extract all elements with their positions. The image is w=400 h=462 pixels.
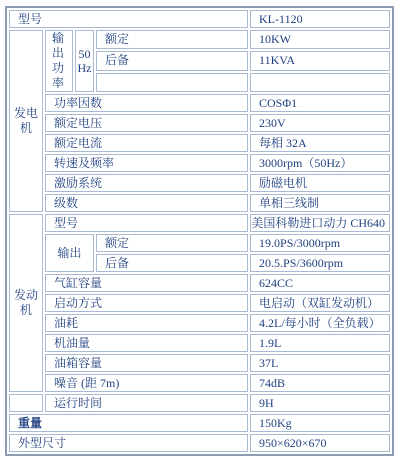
spec-value-cell: 电启动（双缸发动机） bbox=[250, 294, 390, 312]
spec-label-cell: 噪音 (距 7m) bbox=[45, 374, 248, 392]
generator-output-power-cell: 输出功率 bbox=[45, 30, 73, 92]
dimensions-label-cell: 外型尺寸 bbox=[9, 434, 248, 452]
spec-value-cell: 励磁电机 bbox=[250, 174, 390, 192]
spec-label-cell: 气缸容量 bbox=[45, 274, 248, 292]
row-generator-rated: 发电机 输出功率 50 Hz 额定 10KW bbox=[9, 30, 390, 49]
spec-label-cell: 油耗 bbox=[45, 314, 248, 332]
row-cylinder-capacity: 气缸容量 624CC bbox=[9, 274, 390, 292]
spec-label-cell: 转速及频率 bbox=[45, 154, 248, 172]
row-phase-wires: 级数 单相三线制 bbox=[9, 194, 390, 212]
model-label-cell: 型号 bbox=[9, 10, 248, 28]
engine-output-cell: 输出 bbox=[45, 234, 94, 272]
row-rated-voltage: 额定电压 230V bbox=[9, 114, 390, 132]
engine-model-label-cell: 型号 bbox=[45, 214, 248, 232]
generator-rated-label-cell: 额定 bbox=[96, 30, 248, 49]
row-start-mode: 启动方式 电启动（双缸发动机） bbox=[9, 294, 390, 312]
runtime-value-cell: 9H bbox=[250, 394, 390, 412]
spec-value-cell: 单相三线制 bbox=[250, 194, 390, 212]
row-speed-frequency: 转速及频率 3000rpm（50Hz） bbox=[9, 154, 390, 172]
spec-page: 型号 KL-1120 发电机 输出功率 50 Hz 额定 10KW 后备 11K… bbox=[0, 0, 400, 462]
spec-label-cell: 激励系统 bbox=[45, 174, 248, 192]
weight-value-cell: 150Kg bbox=[250, 414, 390, 432]
row-excitation-system: 激励系统 励磁电机 bbox=[9, 174, 390, 192]
row-noise: 噪音 (距 7m) 74dB bbox=[9, 374, 390, 392]
runtime-empty-cell bbox=[9, 394, 43, 412]
spec-table: 型号 KL-1120 发电机 输出功率 50 Hz 额定 10KW 后备 11K… bbox=[5, 6, 394, 456]
dimensions-value-cell: 950×620×670 bbox=[250, 434, 390, 452]
row-oil-capacity: 机油量 1.9L bbox=[9, 334, 390, 352]
spec-value-cell: 37L bbox=[250, 354, 390, 372]
model-value-cell: KL-1120 bbox=[250, 10, 390, 28]
spec-value-cell: 1.9L bbox=[250, 334, 390, 352]
spec-label-cell: 额定电流 bbox=[45, 134, 248, 152]
row-power-factor: 功率因数 COSΦ1 bbox=[9, 94, 390, 112]
engine-rated-label-cell: 额定 bbox=[96, 234, 248, 252]
row-weight: 重量 150Kg bbox=[9, 414, 390, 432]
section-cell-engine: 发动机 bbox=[9, 214, 43, 392]
generator-rated-value-cell: 10KW bbox=[250, 30, 390, 49]
spec-value-cell: 230V bbox=[250, 114, 390, 132]
spec-value-cell: 3000rpm（50Hz） bbox=[250, 154, 390, 172]
row-runtime: 运行时间 9H bbox=[9, 394, 390, 412]
spec-value-cell: 4.2L/每小时（全负载） bbox=[250, 314, 390, 332]
weight-label-cell: 重量 bbox=[9, 414, 248, 432]
spec-value-cell: 74dB bbox=[250, 374, 390, 392]
spec-label-cell: 机油量 bbox=[45, 334, 248, 352]
row-dimensions: 外型尺寸 950×620×670 bbox=[9, 434, 390, 452]
row-fuel-consumption: 油耗 4.2L/每小时（全负载） bbox=[9, 314, 390, 332]
generator-blank-label-cell bbox=[96, 73, 248, 92]
spec-value-cell: 624CC bbox=[250, 274, 390, 292]
generator-standby-value-cell: 11KVA bbox=[250, 51, 390, 70]
engine-standby-value-cell: 20.5.PS/3600rpm bbox=[250, 254, 390, 272]
runtime-label-cell: 运行时间 bbox=[45, 394, 248, 412]
row-engine-model: 发动机 型号 美国科勒进口动力 CH640 bbox=[9, 214, 390, 232]
spec-label-cell: 级数 bbox=[45, 194, 248, 212]
row-model: 型号 KL-1120 bbox=[9, 10, 390, 28]
generator-frequency-cell: 50 Hz bbox=[75, 30, 94, 92]
spec-value-cell: COSΦ1 bbox=[250, 94, 390, 112]
spec-label-cell: 功率因数 bbox=[45, 94, 248, 112]
generator-blank-value-cell bbox=[250, 73, 390, 92]
row-tank-capacity: 油箱容量 37L bbox=[9, 354, 390, 372]
engine-standby-label-cell: 后备 bbox=[96, 254, 248, 272]
spec-label-cell: 额定电压 bbox=[45, 114, 248, 132]
engine-rated-value-cell: 19.0PS/3000rpm bbox=[250, 234, 390, 252]
engine-model-value-cell: 美国科勒进口动力 CH640 bbox=[250, 214, 390, 232]
spec-label-cell: 启动方式 bbox=[45, 294, 248, 312]
section-cell-generator: 发电机 bbox=[9, 30, 43, 212]
spec-value-cell: 每相 32A bbox=[250, 134, 390, 152]
spec-label-cell: 油箱容量 bbox=[45, 354, 248, 372]
row-engine-rated: 输出 额定 19.0PS/3000rpm bbox=[9, 234, 390, 252]
row-rated-current: 额定电流 每相 32A bbox=[9, 134, 390, 152]
generator-standby-label-cell: 后备 bbox=[96, 51, 248, 70]
